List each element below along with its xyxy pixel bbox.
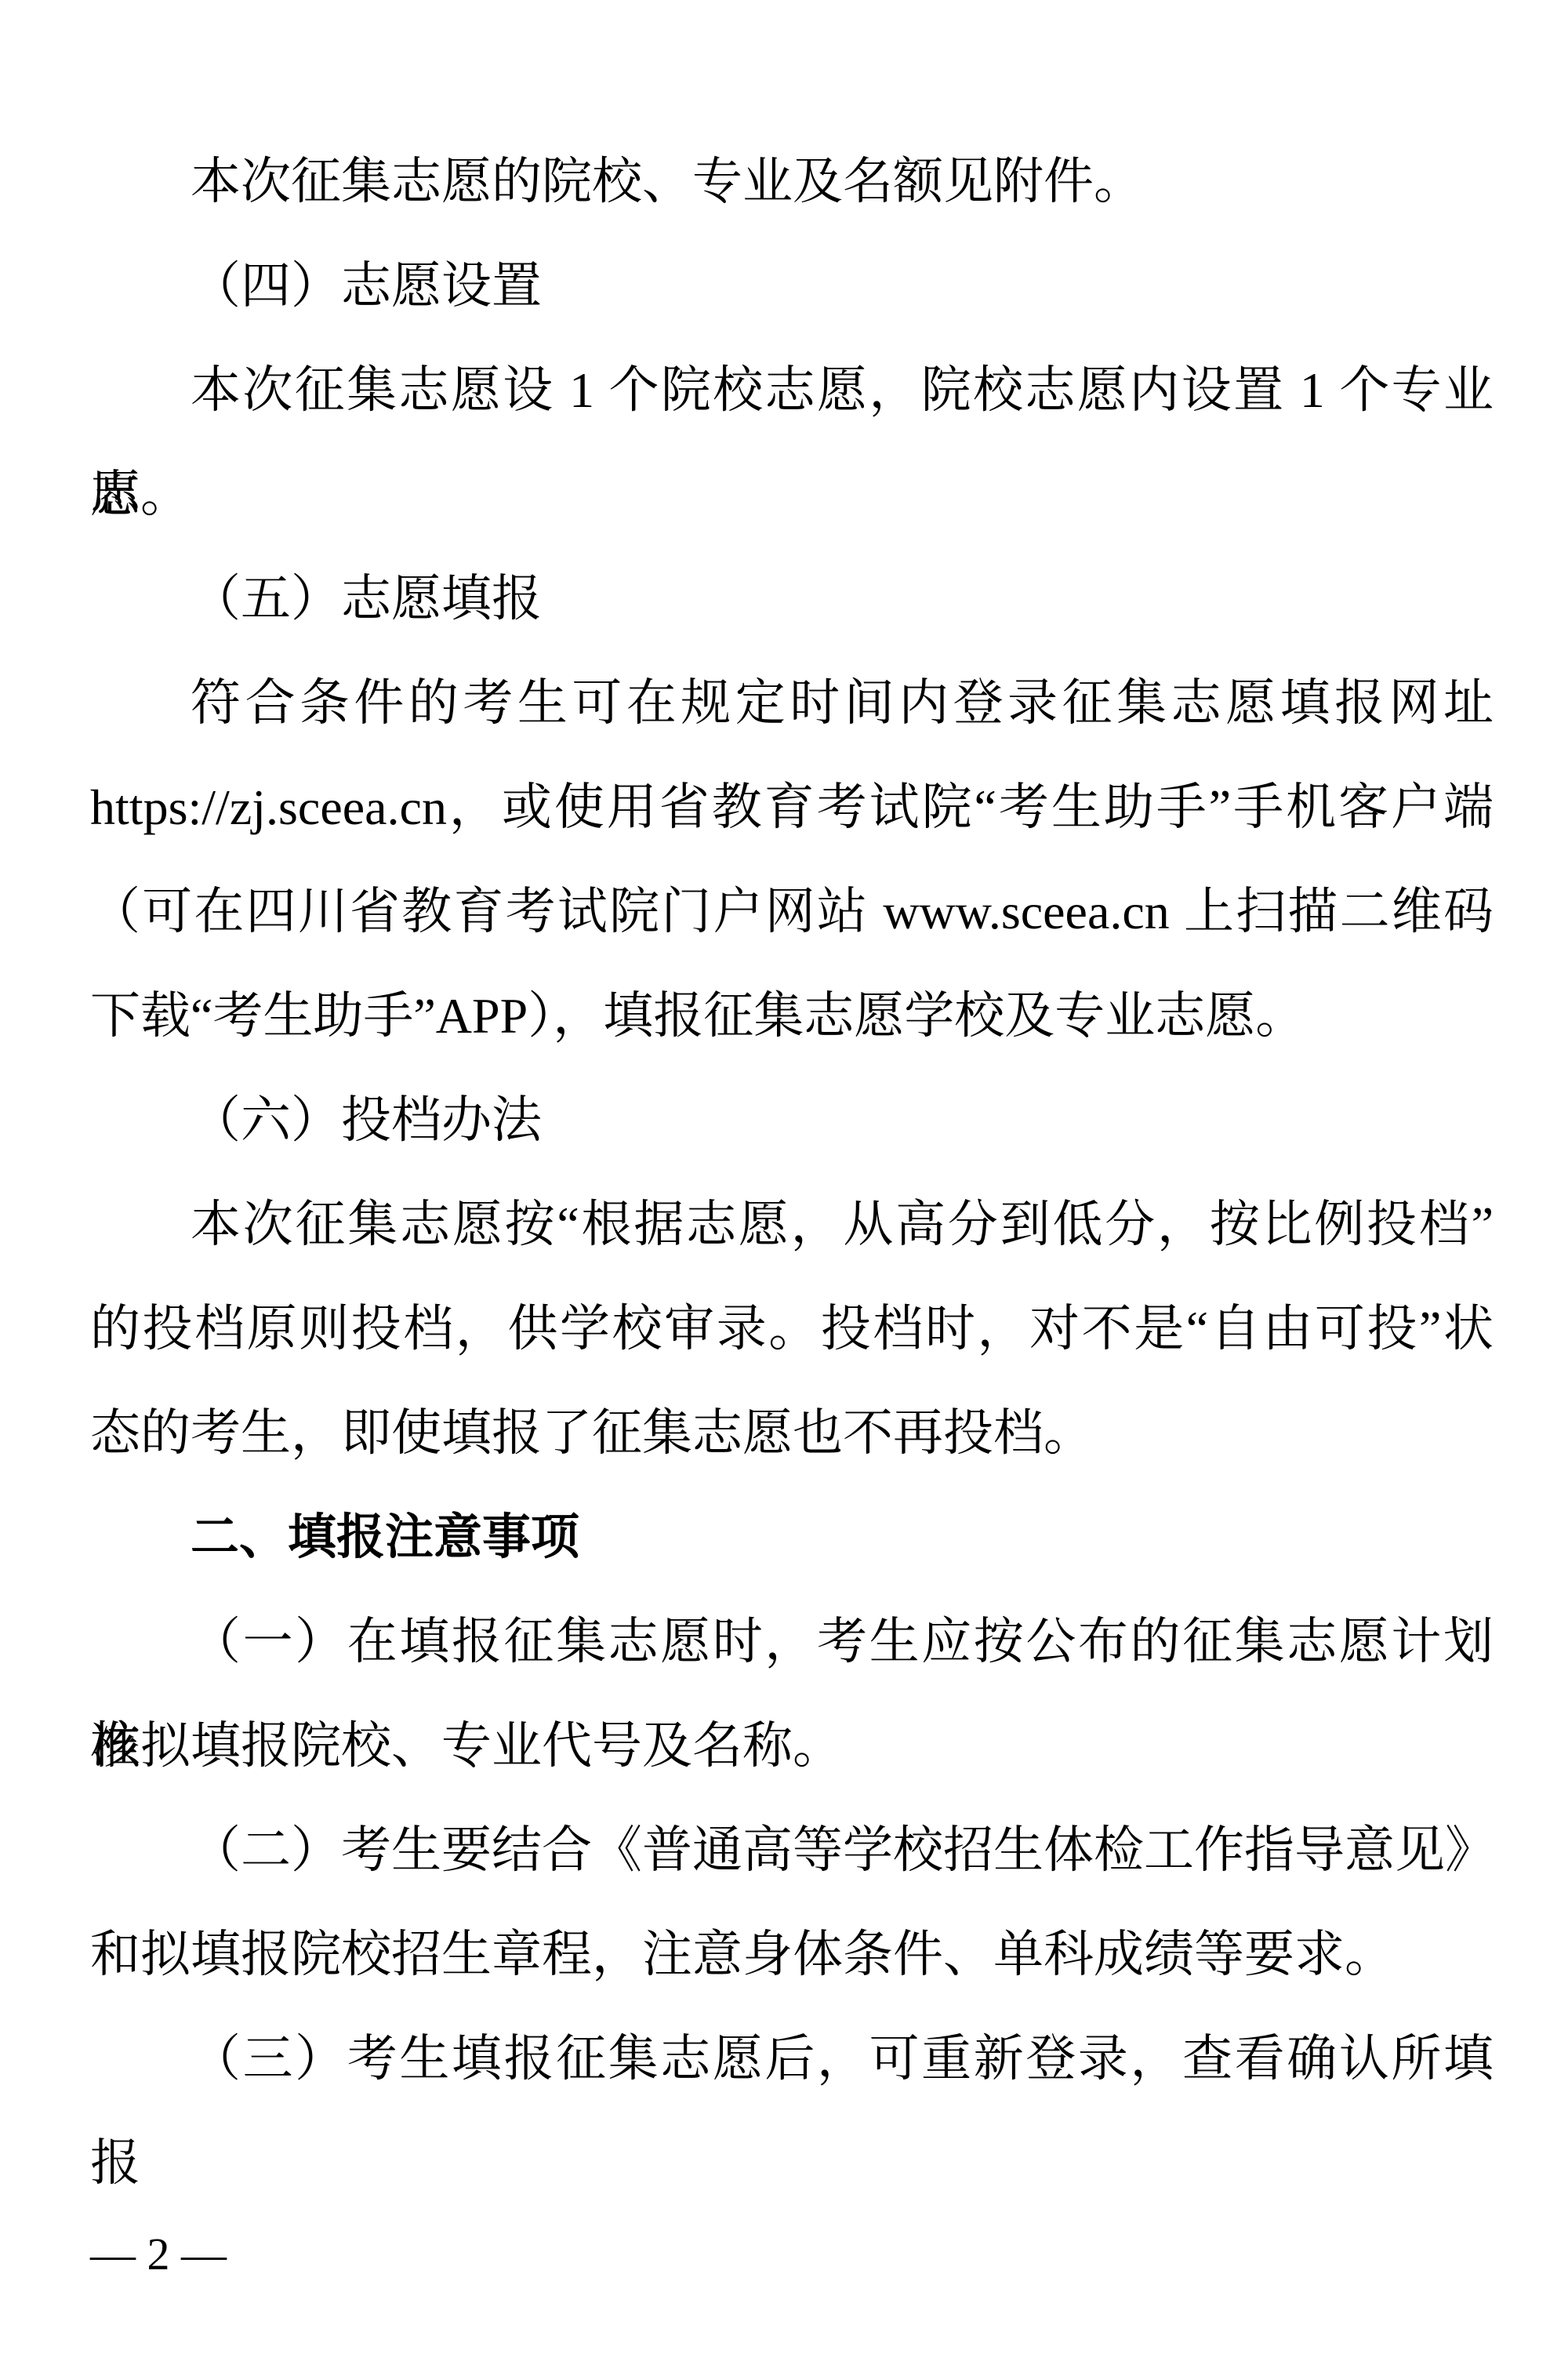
text-line: 准拟填报院校、专业代号及名称。: [90, 1694, 1494, 1798]
text-line: 本次征集志愿的院校、专业及名额见附件。: [90, 129, 1494, 234]
text-line: （一）在填报征集志愿时，考生应按公布的征集志愿计划核: [90, 1589, 1494, 1694]
text-line: 的投档原则投档，供学校审录。投档时，对不是“自由可投”状: [90, 1277, 1494, 1381]
document-page: 本次征集志愿的院校、专业及名额见附件。（四）志愿设置本次征集志愿设 1 个院校志…: [0, 0, 1568, 2372]
document-body: 本次征集志愿的院校、专业及名额见附件。（四）志愿设置本次征集志愿设 1 个院校志…: [90, 129, 1494, 2111]
text-line: https://zj.sceea.cn，或使用省教育考试院“考生助手”手机客户端: [90, 755, 1494, 859]
text-line: 符合条件的考生可在规定时间内登录征集志愿填报网址: [90, 651, 1494, 755]
text-line: （二）考生要结合《普通高等学校招生体检工作指导意见》: [90, 1798, 1494, 1902]
text-line: 下载“考生助手”APP），填报征集志愿学校及专业志愿。: [90, 964, 1494, 1068]
text-line: （六）投档办法: [90, 1068, 1494, 1172]
page-number: — 2 —: [90, 2231, 227, 2278]
text-line: （可在四川省教育考试院门户网站 www.sceea.cn 上扫描二维码: [90, 859, 1494, 964]
text-line: 愿。: [90, 442, 1494, 547]
text-line: 本次征集志愿设 1 个院校志愿，院校志愿内设置 1 个专业志: [90, 338, 1494, 442]
text-line: 二、填报注意事项: [90, 1485, 1494, 1589]
text-line: （五）志愿填报: [90, 547, 1494, 651]
text-line: （四）志愿设置: [90, 234, 1494, 338]
text-line: 和拟填报院校招生章程，注意身体条件、单科成绩等要求。: [90, 1902, 1494, 2007]
text-line: 态的考生，即使填报了征集志愿也不再投档。: [90, 1381, 1494, 1485]
text-line: 本次征集志愿按“根据志愿，从高分到低分，按比例投档”: [90, 1172, 1494, 1277]
text-line: （三）考生填报征集志愿后，可重新登录，查看确认所填报: [90, 2007, 1494, 2111]
